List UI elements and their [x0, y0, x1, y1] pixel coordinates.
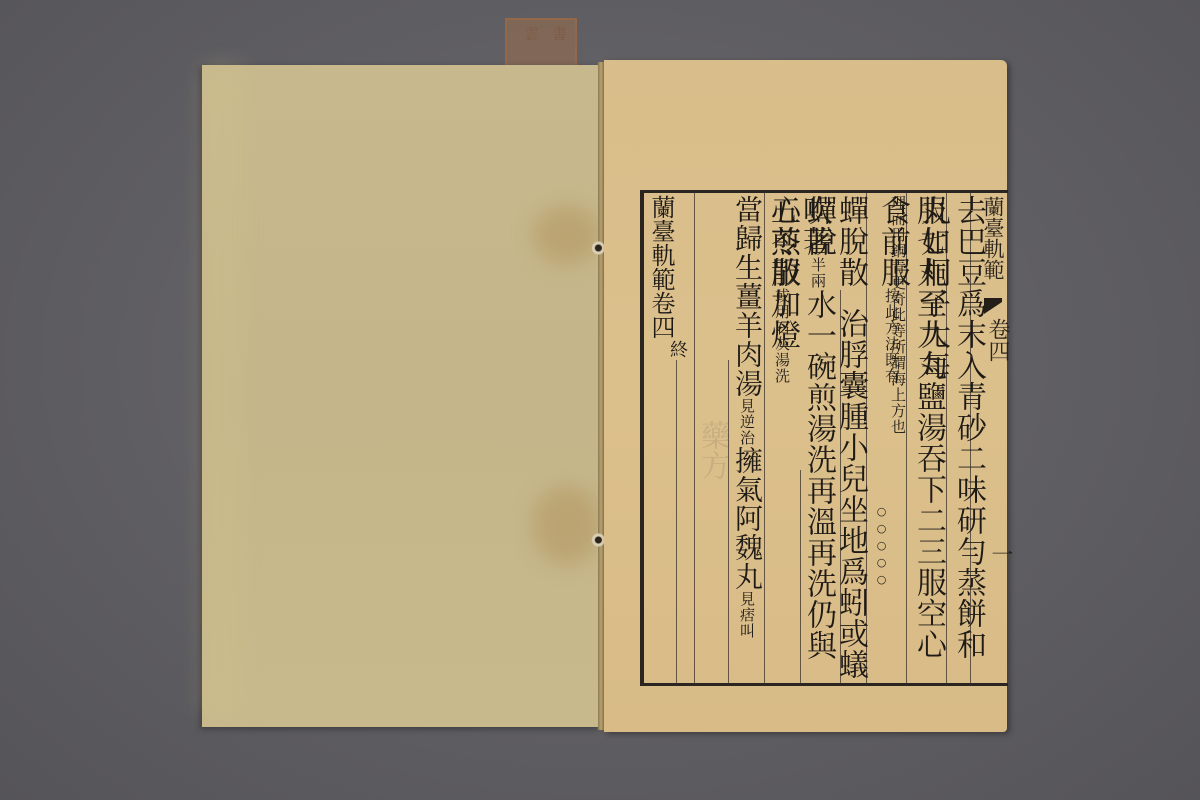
column-rule — [676, 360, 677, 684]
text-column-7: 當歸生薑羊肉湯見逆治擁氣阿魏丸見痞叫 — [726, 195, 762, 683]
formula-heading: 蟬脫散 — [833, 195, 868, 288]
text-column-3: 理而用銅青更奇此等所謂海上方也 — [871, 195, 907, 683]
annotation-left: 灰湯洗 — [773, 336, 791, 384]
text-column-1: 去巴豆爲末入青砂二味研勻蒸餅和丸如桐子大每 — [950, 195, 986, 683]
left-page-blank — [202, 65, 600, 727]
binding-stitch — [590, 530, 604, 550]
annotation-right: 見痞 — [738, 591, 756, 623]
dosage-note: 半兩 — [809, 257, 827, 289]
margin-juan: 卷四 — [982, 318, 1013, 362]
seal-char: 雲 — [521, 26, 542, 41]
column-text: 擁氣阿魏丸 — [731, 446, 764, 591]
punctuation-circles: ○○○○○ — [875, 505, 887, 590]
annotation-right: 理而用銅青更奇此 — [889, 195, 907, 323]
page-edge-tint — [202, 65, 242, 715]
text-column-6: 心煎服或用石灰湯洗 — [764, 195, 800, 683]
text-column-5: 蟬脫半兩水一碗煎湯洗再溫再洗仍與五苓散加燈 — [800, 195, 836, 683]
margin-page-number: 一 — [985, 543, 1016, 565]
annotation-left: 治 — [738, 430, 756, 446]
annotation-right: 見逆 — [738, 398, 756, 430]
ingredient-name: 蟬脫 — [801, 195, 836, 257]
binding-stitch — [590, 238, 604, 258]
column-rule — [694, 192, 695, 684]
annotation-left: 等所謂海上方也 — [889, 323, 907, 435]
annotation-right: 或用石 — [773, 288, 791, 336]
column-text: 當歸生薑羊肉湯 — [731, 195, 764, 398]
text-column-4: 蟬脫散治脬囊腫小兒坐地爲蚓或蟻吹著 — [832, 195, 868, 683]
water-stain — [532, 485, 602, 565]
seal-char: 書 — [549, 26, 570, 41]
annotation-left: 叫 — [738, 623, 756, 639]
text-column-2: 服七丸至九丸鹽湯吞下二三服空心食前服按此方法既有 — [910, 195, 946, 683]
volume-end-mark: 終 — [664, 340, 690, 358]
volume-end-title: 蘭臺軌範卷四 — [648, 195, 674, 339]
column-text: 心煎服 — [765, 195, 800, 288]
